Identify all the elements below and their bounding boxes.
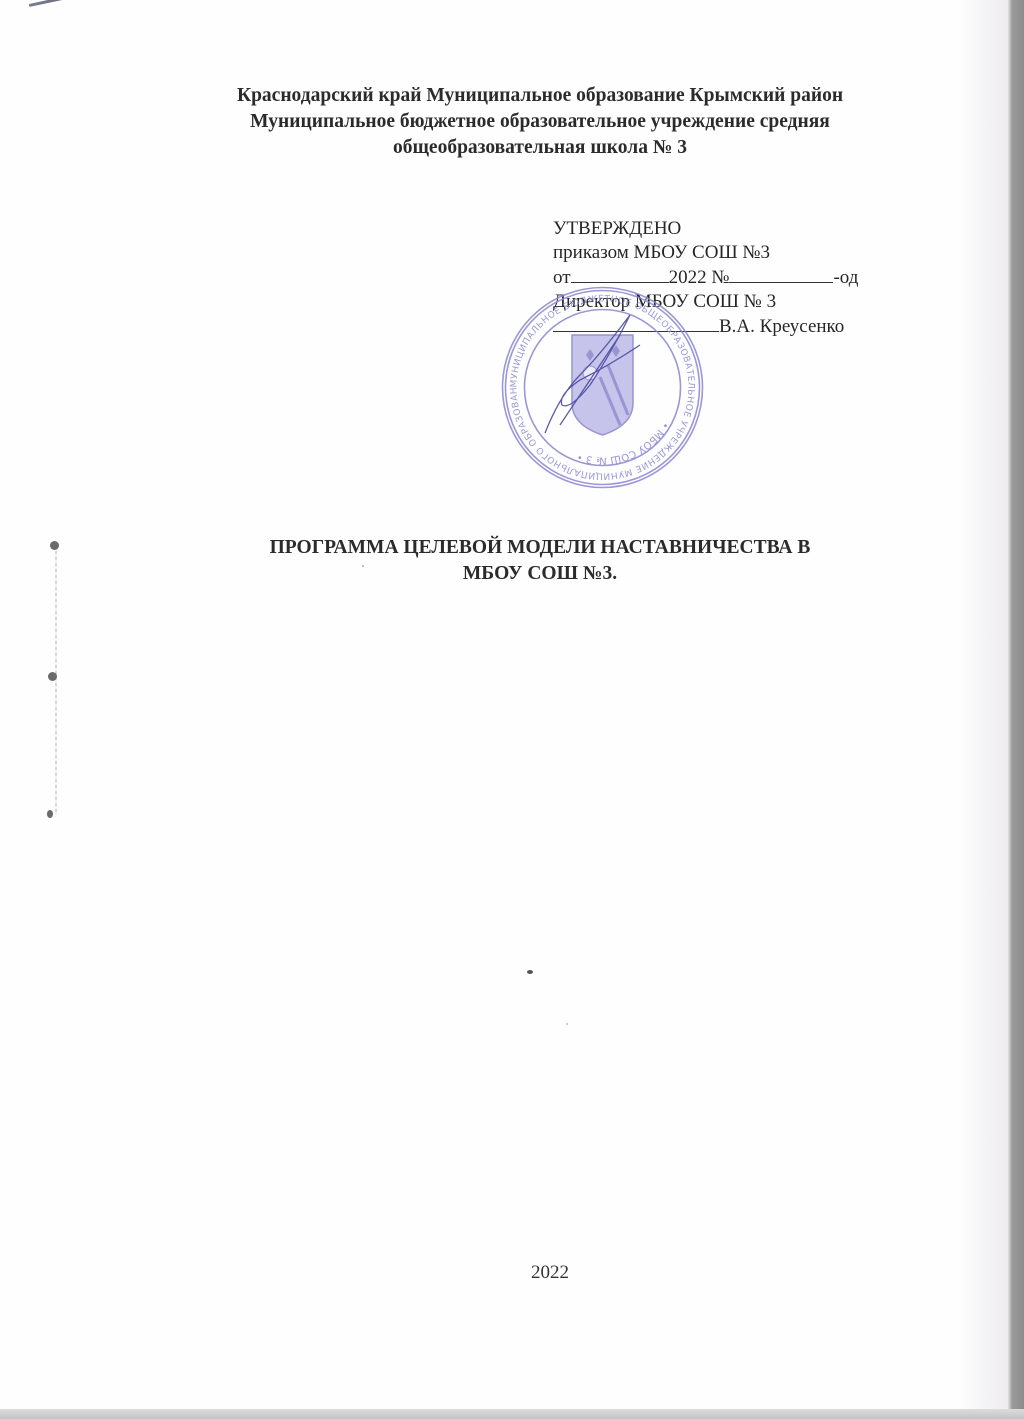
coat-of-arms-icon (572, 335, 633, 435)
date-year: 2022 № (669, 267, 730, 288)
header-line-school: общеобразовательная школа № 3 (150, 135, 930, 161)
title-line-1: ПРОГРАММА ЦЕЛЕВОЙ МОДЕЛИ НАСТАВНИЧЕСТВА … (150, 535, 930, 561)
date-blank (571, 264, 669, 283)
title-line-2: МБОУ СОШ №3. (150, 561, 930, 587)
header-line-region: Краснодарский край Муниципальное образов… (150, 83, 930, 109)
signatory-name: В.А. Креусенко (719, 316, 844, 337)
approval-date-line: от2022 №-од (553, 264, 913, 290)
approval-block: УТВЕРЖДЕНО приказом МБОУ СОШ №3 от2022 №… (553, 217, 913, 339)
binding-hole (48, 672, 57, 681)
svg-text:• МБОУ СОШ № 3 •: • МБОУ СОШ № 3 • (576, 420, 671, 466)
binding-hole (47, 810, 53, 818)
approval-heading: УТВЕРЖДЕНО (553, 217, 913, 241)
approval-order-line: приказом МБОУ СОШ №3 (553, 241, 913, 265)
scanner-border-bottom (0, 1409, 1024, 1419)
scan-speck (527, 970, 533, 974)
scan-speck (362, 565, 364, 567)
scan-shadow (958, 0, 1008, 1419)
signature-line: В.А. Креусенко (553, 313, 913, 339)
order-number-blank (729, 264, 833, 283)
scan-speck (566, 1023, 568, 1025)
institution-header: Краснодарский край Муниципальное образов… (150, 83, 930, 161)
scanner-border-right (1008, 0, 1024, 1419)
document-title: ПРОГРАММА ЦЕЛЕВОЙ МОДЕЛИ НАСТАВНИЧЕСТВА … (150, 535, 930, 587)
signature-blank (553, 313, 719, 332)
scanned-page: Краснодарский край Муниципальное образов… (0, 0, 1024, 1419)
director-line: Директор МБОУ СОШ № 3 (553, 290, 913, 314)
header-line-institution: Муниципальное бюджетное образовательное … (150, 109, 930, 135)
corner-pen-mark (29, 0, 88, 7)
binding-hole (50, 541, 59, 550)
document-year: 2022 (470, 1262, 630, 1284)
date-prefix: от (553, 267, 571, 288)
stamp-bottom-text: • МБОУ СОШ № 3 • (576, 420, 671, 466)
order-suffix: -од (833, 267, 858, 288)
